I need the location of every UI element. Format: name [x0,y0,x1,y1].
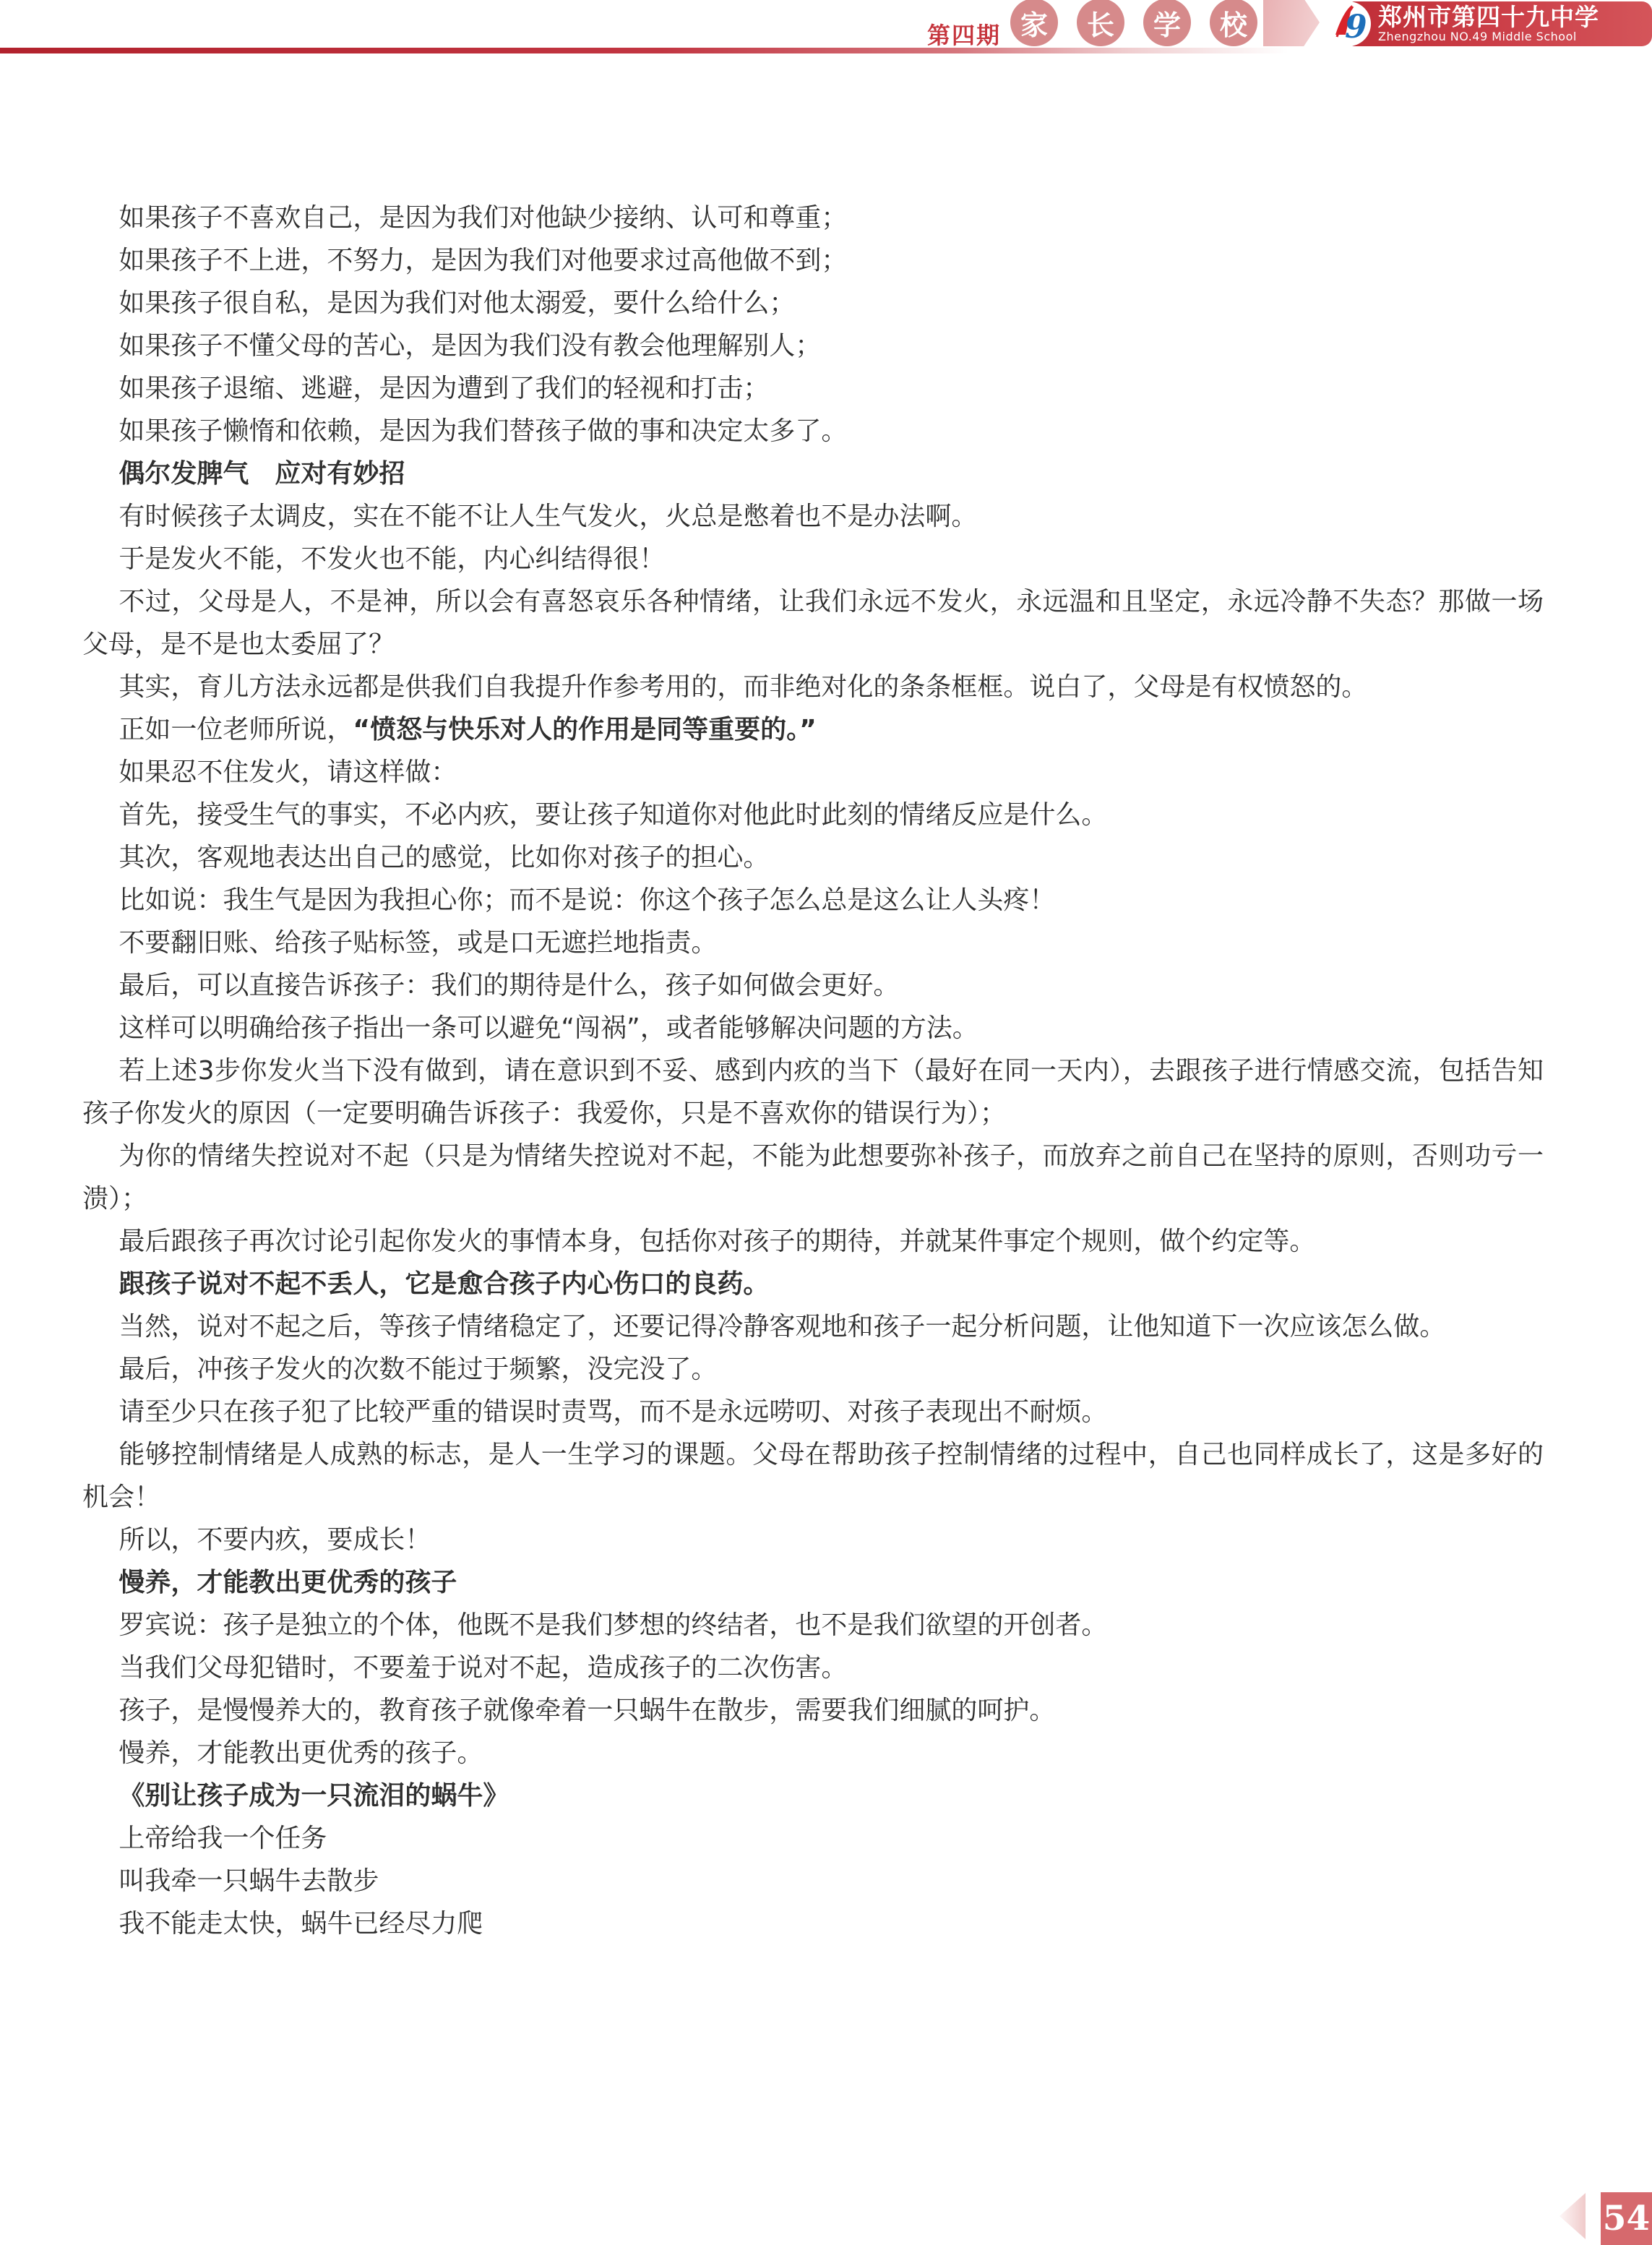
article-paragraph: 如果孩子懒惰和依赖，是因为我们替孩子做的事和决定太多了。 [82,410,1544,452]
header-divider [0,48,1652,53]
article-heading: 跟孩子说对不起不丢人，它是愈合孩子内心伤口的良药。 [82,1263,1544,1305]
svg-text:9: 9 [1345,9,1367,46]
issue-label: 第四期 [927,17,1001,51]
article-paragraph: 不过，父母是人，不是神，所以会有喜怒哀乐各种情绪，让我们永远不发火，永远温和且坚… [82,580,1544,666]
article-paragraph: 当我们父母犯错时，不要羞于说对不起，造成孩子的二次伤害。 [82,1647,1544,1689]
magazine-page: 第四期 家长学校 9 郑州市第四十九中学 Zhengzhou NO.49 Mid… [0,0,1652,2245]
article-paragraph: 当然，说对不起之后，等孩子情绪稳定了，还要记得冷静客观地和孩子一起分析问题，让他… [82,1305,1544,1348]
article-paragraph: 如果孩子退缩、逃避，是因为遭到了我们的轻视和打击； [82,367,1544,410]
article-paragraph: 所以，不要内疚，要成长！ [82,1519,1544,1561]
article-paragraph: 上帝给我一个任务 [82,1817,1544,1860]
article-paragraph: 如果孩子不上进，不努力，是因为我们对他要求过高他做不到； [82,239,1544,282]
article-paragraph: 最后，冲孩子发火的次数不能过于频繁，没完没了。 [82,1348,1544,1391]
masthead-badge: 校 [1210,0,1257,46]
article-paragraph: 如果孩子不懂父母的苦心，是因为我们没有教会他理解别人； [82,325,1544,367]
article-paragraph: 其次，客观地表达出自己的感觉，比如你对孩子的担心。 [82,836,1544,879]
article-paragraph: 有时候孩子太调皮，实在不能不让人生气发火，火总是憋着也不是办法啊。 [82,495,1544,538]
masthead-badge: 学 [1143,0,1191,46]
article-paragraph: 慢养，才能教出更优秀的孩子。 [82,1732,1544,1774]
school-logo-icon: 9 [1326,1,1371,46]
school-banner: 9 郑州市第四十九中学 Zhengzhou NO.49 Middle Schoo… [1333,1,1652,46]
masthead-badge: 长 [1077,0,1124,46]
article-paragraph: 于是发火不能，不发火也不能，内心纠结得很！ [82,538,1544,580]
article-paragraph: 我不能走太快，蜗牛已经尽力爬 [82,1902,1544,1945]
page-number-badge: 54 [1601,2192,1652,2245]
school-name-en: Zhengzhou NO.49 Middle School [1378,30,1599,43]
article-paragraph: 叫我牵一只蜗牛去散步 [82,1860,1544,1902]
article-paragraph: 正如一位老师所说，“愤怒与快乐对人的作用是同等重要的。” [82,708,1544,751]
paragraph-text: 正如一位老师所说， [119,715,353,744]
school-name-cn: 郑州市第四十九中学 [1378,4,1599,30]
article-paragraph: 如果忍不住发火，请这样做： [82,751,1544,794]
article-heading: 慢养，才能教出更优秀的孩子 [82,1561,1544,1604]
decorative-wedge [1263,0,1320,46]
article-paragraph: 首先，接受生气的事实，不必内疚，要让孩子知道你对他此时此刻的情绪反应是什么。 [82,794,1544,836]
page-header: 第四期 家长学校 9 郑州市第四十九中学 Zhengzhou NO.49 Mid… [0,0,1652,58]
emphasized-quote: “愤怒与快乐对人的作用是同等重要的。” [353,715,816,744]
article-paragraph: 其实，育儿方法永远都是供我们自我提升作参考用的，而非绝对化的条条框框。说白了，父… [82,666,1544,708]
page-corner-triangle-icon [1559,2193,1586,2239]
article-paragraph: 如果孩子不喜欢自己，是因为我们对他缺少接纳、认可和尊重； [82,197,1544,239]
school-name-block: 郑州市第四十九中学 Zhengzhou NO.49 Middle School [1378,4,1599,43]
article-paragraph: 最后跟孩子再次讨论引起你发火的事情本身，包括你对孩子的期待，并就某件事定个规则，… [82,1220,1544,1263]
article-paragraph: 为你的情绪失控说对不起（只是为情绪失控说对不起，不能为此想要弥补孩子，而放弃之前… [82,1135,1544,1220]
article-paragraph: 如果孩子很自私，是因为我们对他太溺爱，要什么给什么； [82,282,1544,325]
article-heading: 《别让孩子成为一只流泪的蜗牛》 [82,1774,1544,1817]
masthead-badges: 家长学校 [1010,0,1257,46]
article-paragraph: 罗宾说：孩子是独立的个体，他既不是我们梦想的终结者，也不是我们欲望的开创者。 [82,1604,1544,1647]
article-paragraph: 比如说：我生气是因为我担心你；而不是说：你这个孩子怎么总是这么让人头疼！ [82,879,1544,922]
article-paragraph: 孩子，是慢慢养大的，教育孩子就像牵着一只蜗牛在散步，需要我们细腻的呵护。 [82,1689,1544,1732]
article-paragraph: 若上述3步你发火当下没有做到，请在意识到不妥、感到内疚的当下（最好在同一天内），… [82,1049,1544,1135]
article-paragraph: 不要翻旧账、给孩子贴标签，或是口无遮拦地指责。 [82,922,1544,964]
article-paragraph: 请至少只在孩子犯了比较严重的错误时责骂，而不是永远唠叨、对孩子表现出不耐烦。 [82,1391,1544,1433]
article-heading: 偶尔发脾气 应对有妙招 [82,452,1544,495]
article-paragraph: 最后，可以直接告诉孩子：我们的期待是什么，孩子如何做会更好。 [82,964,1544,1007]
article-paragraph: 这样可以明确给孩子指出一条可以避免“闯祸”，或者能够解决问题的方法。 [82,1007,1544,1049]
article-body: 如果孩子不喜欢自己，是因为我们对他缺少接纳、认可和尊重；如果孩子不上进，不努力，… [82,197,1544,1945]
article-paragraph: 能够控制情绪是人成熟的标志，是人一生学习的课题。父母在帮助孩子控制情绪的过程中，… [82,1433,1544,1519]
page-number: 54 [1603,2199,1650,2238]
masthead-badge: 家 [1010,0,1058,46]
